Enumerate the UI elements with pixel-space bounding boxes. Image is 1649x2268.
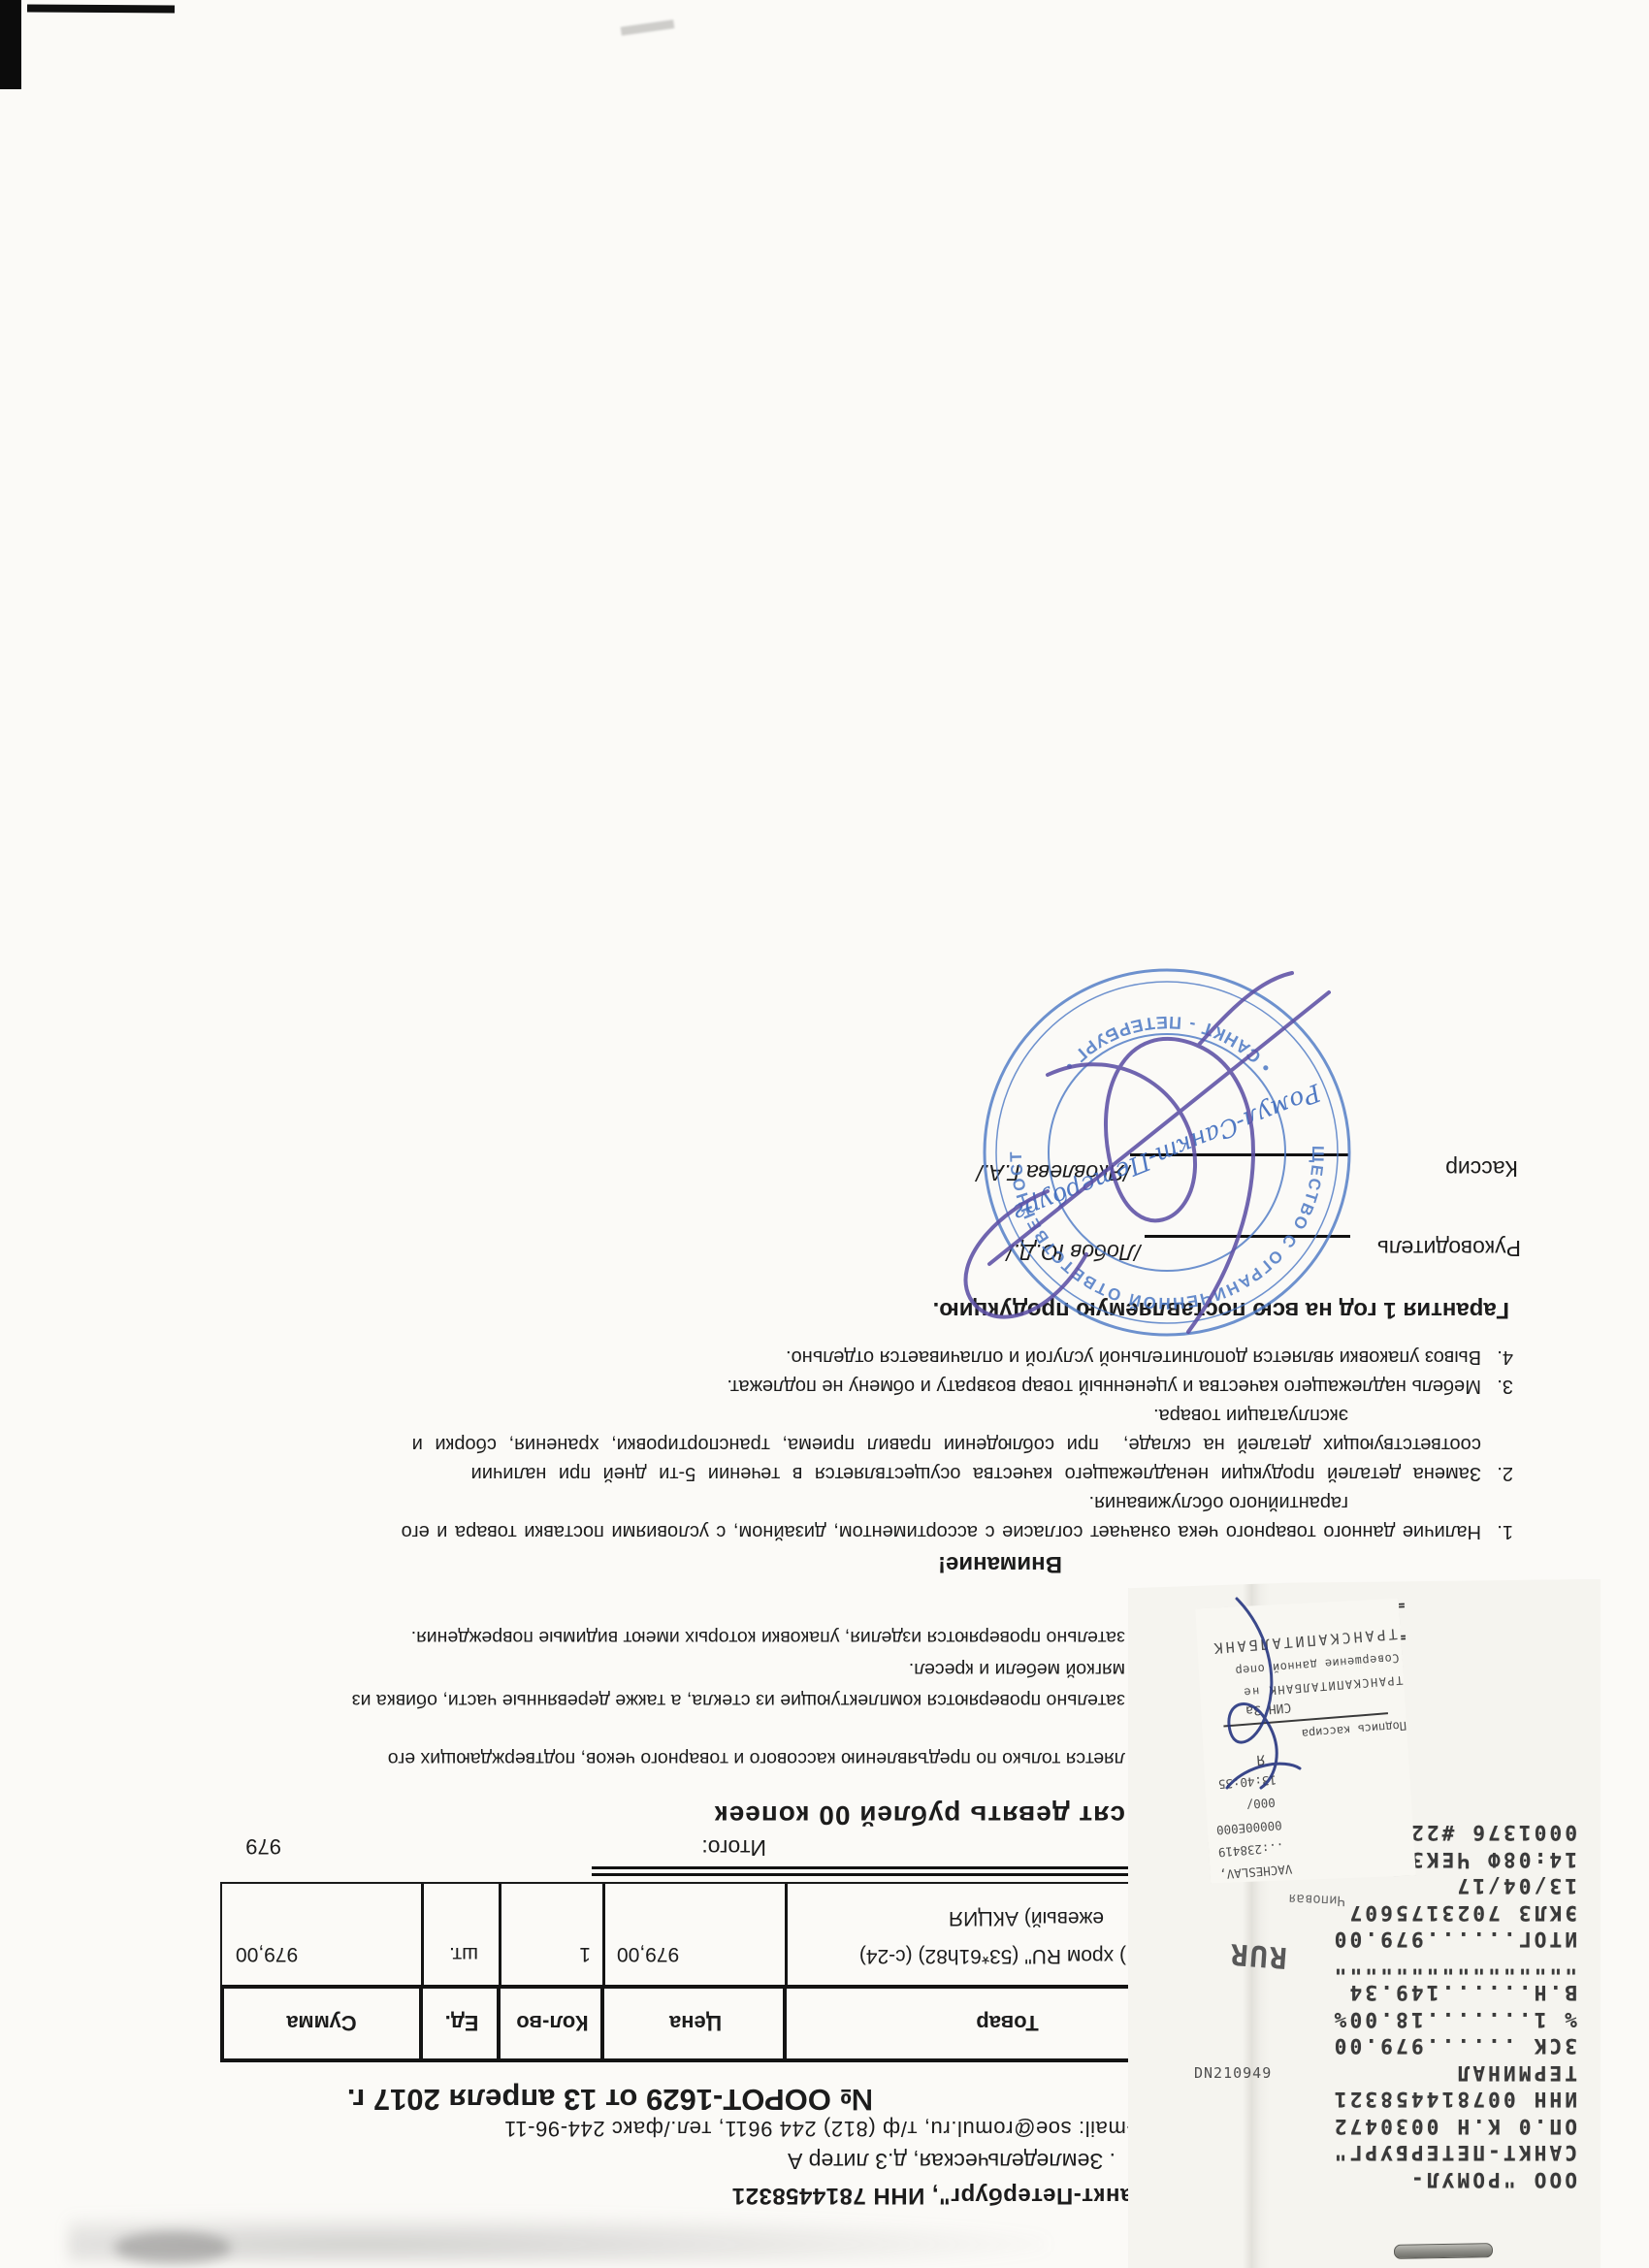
item-qty: 1 — [579, 1942, 591, 1965]
slip-batch: 000/ — [1245, 1796, 1276, 1812]
company-line: -Санкт-Петербург", ИНН 7814458321 — [731, 2182, 1159, 2209]
slip-cardholder: VACHESLAV, — [1219, 1862, 1293, 1882]
tape-line: САНКТ-ПЕТЕРБУРГ" — [1332, 2142, 1578, 2165]
item-sum: 979,00 — [236, 1942, 424, 1965]
scanned-receipt-page: -Санкт-Петербург", ИНН 7814458321 . Земл… — [0, 0, 1649, 2268]
list-item: гарантийного обслуживания. — [1089, 1491, 1348, 1513]
list-item: Наличие данного товарного чека означает … — [402, 1520, 1481, 1542]
item-price: 979,00 — [617, 1942, 788, 1965]
tape-line: % 1.......18.00% — [1332, 2008, 1578, 2031]
tape-line: ООО "РОМУЛ- — [1408, 2168, 1577, 2191]
list-number: 2. — [1497, 1462, 1513, 1484]
tape-line: ИТОГ......979.00 — [1332, 1928, 1578, 1952]
tape-line: 14:08Ф ЧЕК3 — [1408, 1848, 1577, 1871]
slip-chip-label: Чиповая — [1288, 1891, 1346, 1908]
cashier-label: Кассир — [1445, 1155, 1518, 1182]
tape-line: ЗСК ......979.00 — [1332, 2035, 1578, 2058]
table-data-row: ) хром RU" (53*61h82) (с-24) ежевый) АКЦ… — [220, 1882, 1232, 1985]
staple — [1394, 2243, 1493, 2259]
scan-corner-line — [27, 4, 175, 13]
tape-line: ТЕРМИНАЛ — [1454, 2061, 1577, 2085]
list-number: 1. — [1497, 1520, 1513, 1542]
list-item: Замена деталей продукции ненадлежащего к… — [471, 1462, 1481, 1484]
tape-line: 13/04/17 — [1454, 1875, 1577, 1898]
total-label: Итого: — [701, 1834, 766, 1861]
col-sum: Сумма — [220, 2010, 423, 2035]
receipt-title: № ООРОТ-1629 от 13 апреля 2017 г. — [347, 2082, 873, 2117]
table-divider — [422, 1884, 425, 1985]
table-header-row: Товар Цена Кол-во Ед. Сумма — [220, 1985, 1232, 2062]
slip-pen-signature — [1208, 1589, 1314, 1798]
slip-auth-code: ..:238419 — [1217, 1840, 1284, 1860]
item-unit: шт. — [425, 1942, 502, 1965]
slip-cashier-sign-label: Подпись кассира — [1301, 1719, 1406, 1740]
total-value: 979 — [245, 1833, 281, 1859]
tape-line: ОП.0 К.Н 0030472 — [1332, 2115, 1578, 2138]
terms-paragraph-3: мягкой мебели и кресел. — [909, 1658, 1125, 1680]
table-divider — [500, 1884, 502, 1985]
tape-line: ИНН 007814458321 — [1332, 2089, 1578, 2112]
signature-scribble — [902, 958, 1406, 1414]
tape-line: В.Н......149.34 — [1346, 1982, 1577, 2005]
terms-paragraph-2: зательно проверяются комплектующие из ст… — [352, 1689, 1125, 1711]
attention-heading: Внимание! — [938, 1550, 1062, 1577]
slip-terminal-code: 00000Е000 — [1216, 1818, 1283, 1837]
scan-corner-bar — [0, 0, 21, 89]
item-name-line1: ) хром RU" (53*61h82) (с-24) — [859, 1944, 1126, 1967]
terms-paragraph-1: ляется только по предъявлению кассового … — [388, 1747, 1125, 1769]
list-number: 3. — [1497, 1375, 1513, 1397]
item-name-line2: ежевый) АКЦИЯ — [949, 1906, 1104, 1929]
tape-line: ЭКЛЗ 7023175607 — [1346, 1901, 1577, 1925]
contact-line: , e-mail: soe@romul.ru, т/ф (812) 244 96… — [504, 2116, 1159, 2141]
table-divider — [786, 1884, 789, 1985]
tape-device-code: DN210949 — [1194, 2064, 1272, 2082]
slip-currency-code: RUR — [1197, 1904, 1290, 1974]
list-item: соответствующих деталей на складе, при с… — [412, 1433, 1481, 1455]
col-unit: Ед. — [423, 2010, 501, 2035]
terms-paragraph-4: зательно проверяются изделия, упаковки к… — [411, 1626, 1125, 1648]
tape-line: """""""""""""""" — [1332, 1955, 1578, 1978]
scan-smudge-dark — [114, 2231, 231, 2264]
col-qty: Кол-во — [501, 2010, 604, 2035]
col-price: Цена — [604, 2010, 787, 2035]
table-divider — [603, 1884, 606, 1985]
list-number: 4. — [1497, 1345, 1513, 1368]
amount-in-words: сят девять рублей 00 копеек — [714, 1799, 1125, 1831]
address-line: . Земледельческая, д.3 литер А — [788, 2148, 1115, 2174]
